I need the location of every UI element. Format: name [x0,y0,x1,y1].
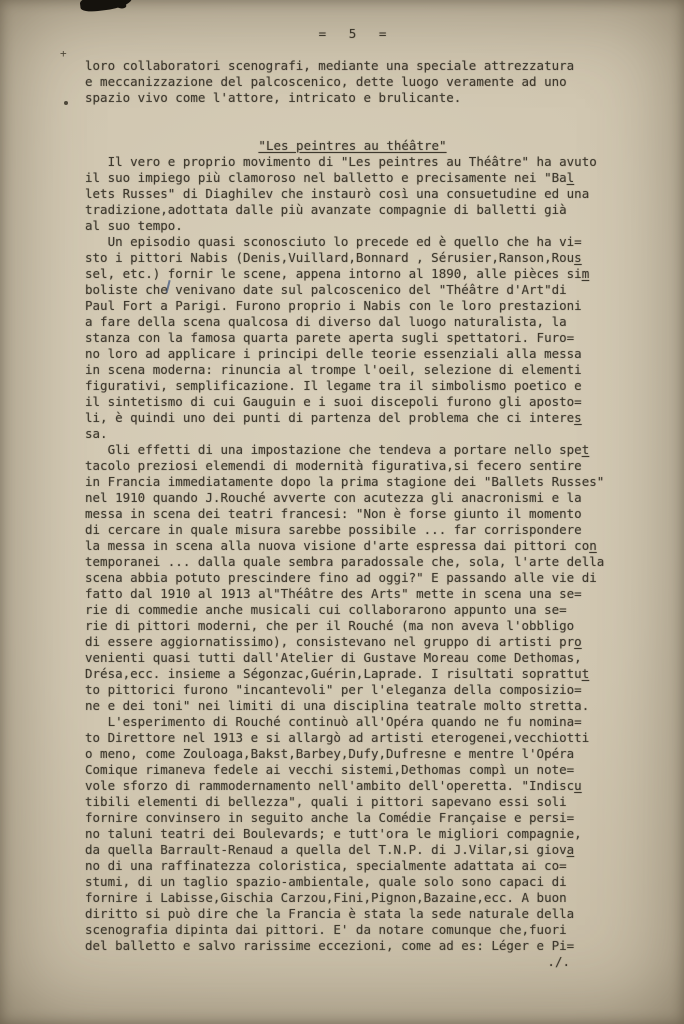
text-line: tacolo preziosi elemendi di modernità fi… [85,458,620,474]
text-line: fornire i Labisse,Gischia Carzou,Fini,Pi… [85,890,620,906]
text-line: o meno, come Zouloaga,Bakst,Barbey,Dufy,… [85,746,620,762]
text-line: spazio vivo come l'attore, intricato e b… [85,90,620,106]
continuation-mark: ./. [85,954,620,970]
text-line: Drésa,ecc. insieme a Ségonzac,Guérin,Lap… [85,666,620,682]
text-line: no loro ad applicare i principi delle te… [85,346,620,362]
paper-speck: + [60,47,67,60]
text-line: Comique rimaneva fedele ai vecchi sistem… [85,762,620,778]
text-line: sto i pittori Nabis (Denis,Vuillard,Bonn… [85,250,620,266]
text-line: fatto dal 1910 al 1913 al"Théâtre des Ar… [85,586,620,602]
text-line: messa in scena dei teatri francesi: "Non… [85,506,620,522]
text-line: il sintetismo di cui Gauguin e i suoi di… [85,394,620,410]
text-line: temporanei ... dalla quale sembra parado… [85,554,620,570]
text-line: no taluni teatri dei Boulevards; e tutt'… [85,826,620,842]
text-line: al suo tempo. [85,218,620,234]
text-line: to Direttore nel 1913 e si allargò ad ar… [85,730,620,746]
text-line: L'esperimento di Rouché continuò all'Opé… [85,714,620,730]
page-number: = 5 = [85,26,620,42]
text-line: del balletto e salvo rarissime eccezioni… [85,938,620,954]
text-line: di cercare in quale misura sarebbe possi… [85,522,620,538]
text-line: vole sforzo di rammodernamento nell'ambi… [85,778,620,794]
text-line: nel 1910 quando J.Rouché avverte con acu… [85,490,620,506]
text-line: in scena moderna: rinuncia al trompe l'o… [85,362,620,378]
text-line: to pittorici furono "incantevoli" per l'… [85,682,620,698]
text-line: lets Russes" di Diaghilev che instaurò c… [85,186,620,202]
text-line: boliste che venivano date sul palcosceni… [85,282,620,298]
text-line: stanza con la famosa quarta parete apert… [85,330,620,346]
text-line: scenografia dipinta dai pittori. E' da n… [85,922,620,938]
text-line: Paul Fort a Parigi. Furono proprio i Nab… [85,298,620,314]
text-line: la messa in scena alla nuova visione d'a… [85,538,620,554]
text-line: Gli effetti di una impostazione che tend… [85,442,620,458]
text-line: scena abbia potuto prescindere fino ad o… [85,570,620,586]
text-line: stumi, di un taglio spazio-ambientale, q… [85,874,620,890]
text-line: rie di commedie anche musicali cui colla… [85,602,620,618]
text-line: li, è quindi uno dei punti di partenza d… [85,410,620,426]
text-line: diritto si può dire che la Francia è sta… [85,906,620,922]
text-line: loro collaboratori scenografi, mediante … [85,58,620,74]
text-line [85,122,620,138]
scanned-page: { "document": { "page_number": "5", "foo… [0,0,684,1024]
text-line: da quella Barrault-Renaud a quella del T… [85,842,620,858]
text-line: sa. [85,426,620,442]
text-line: tradizione,adottata dalle più avanzate c… [85,202,620,218]
text-line [85,42,620,58]
section-heading: "Les peintres au théâtre" [85,138,620,154]
text-line: di essere aggiornatissimo), consistevano… [85,634,620,650]
page-text: = 5 =loro collaboratori scenografi, medi… [85,26,620,970]
text-line: no di una raffinatezza coloristica, spec… [85,858,620,874]
text-line [85,106,620,122]
paper-speck [64,101,68,105]
text-line: tibili elementi di bellezza", quali i pi… [85,794,620,810]
text-line: rie di pittori moderni, che per il Rouch… [85,618,620,634]
text-line: sel, etc.) fornir le scene, appena intor… [85,266,620,282]
text-line: a fare della scena qualcosa di diverso d… [85,314,620,330]
text-line: e meccanizzazione del palcoscenico, dett… [85,74,620,90]
text-line: figurativi, semplificazione. Il legame t… [85,378,620,394]
text-line: ne e dei toni" nei limiti di una discipl… [85,698,620,714]
text-line: il suo impiego più clamoroso nel ballett… [85,170,620,186]
text-line: Il vero e proprio movimento di "Les pein… [85,154,620,170]
text-line: venienti quasi tutti dall'Atelier di Gus… [85,650,620,666]
text-line: Un episodio quasi sconosciuto lo precede… [85,234,620,250]
text-line: fornire convinsero in seguito anche la C… [85,810,620,826]
text-line: in Francia immediatamente dopo la prima … [85,474,620,490]
